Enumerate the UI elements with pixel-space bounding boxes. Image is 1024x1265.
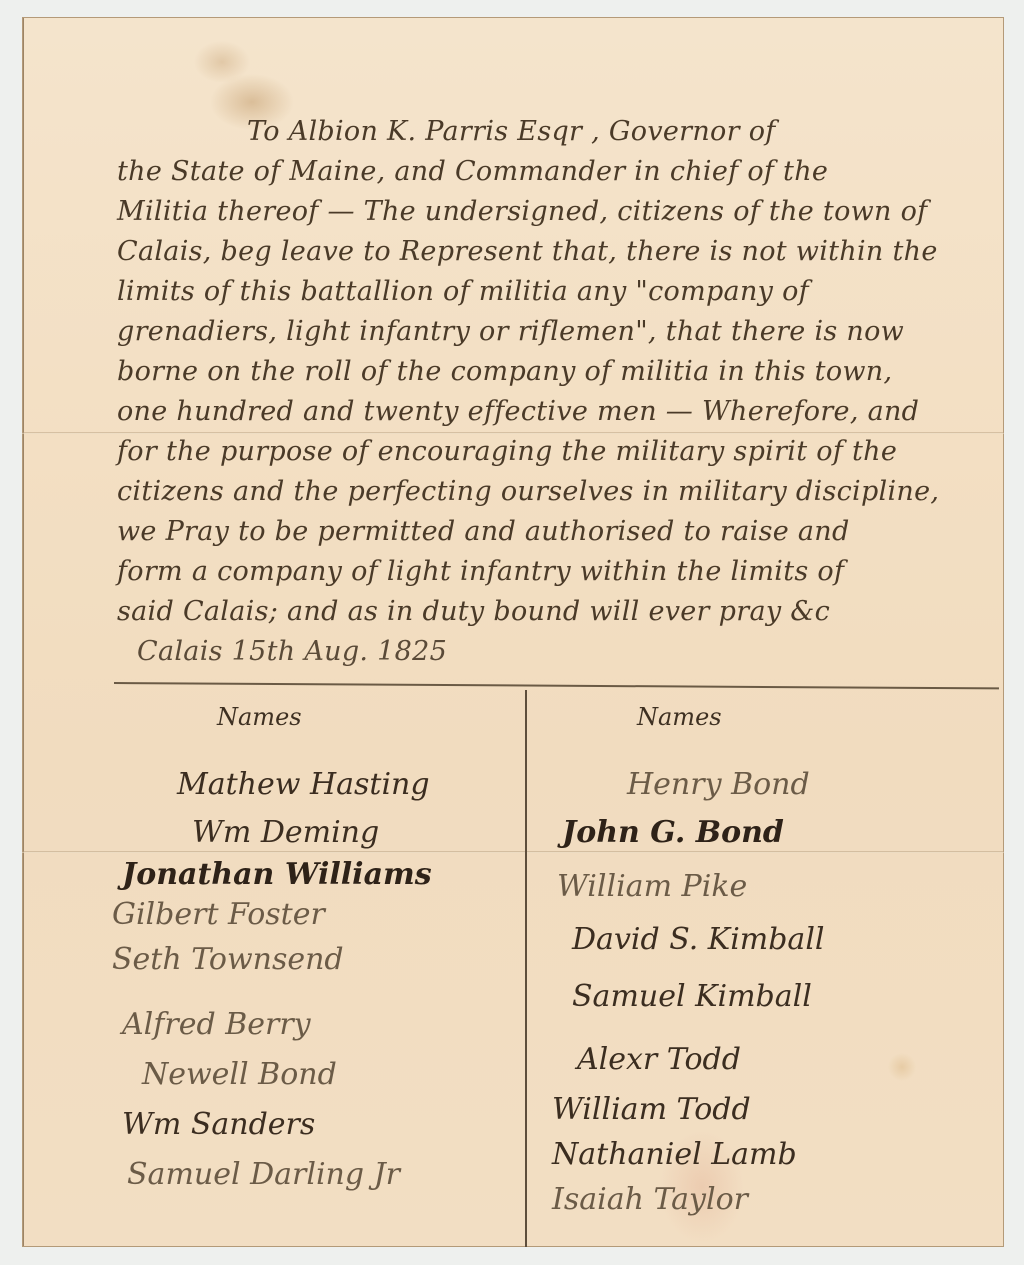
fold-crease (22, 851, 1004, 853)
petition-document: To Albion K. Parris Esqr , Governor of t… (22, 17, 1004, 1247)
signature: Samuel Darling Jr (127, 1157, 400, 1192)
petition-body: To Albion K. Parris Esqr , Governor of t… (117, 112, 977, 672)
body-line: grenadiers, light infantry or riflemen",… (117, 312, 977, 352)
body-line: Calais, beg leave to Represent that, the… (117, 232, 977, 272)
body-line: said Calais; and as in duty bound will e… (117, 592, 977, 632)
signature: Isaiah Taylor (552, 1182, 748, 1217)
body-line: Militia thereof — The undersigned, citiz… (117, 192, 977, 232)
signature-divider-vertical (525, 690, 527, 1247)
signature: David S. Kimball (572, 922, 825, 957)
signature: Jonathan Williams (122, 857, 432, 892)
signature: Samuel Kimball (572, 979, 812, 1014)
signature: William Pike (557, 869, 747, 904)
signature: Alexr Todd (577, 1042, 741, 1077)
signatures-left-column: Names Mathew Hasting Wm Deming Jonathan … (82, 697, 522, 737)
body-line: we Pray to be permitted and authorised t… (117, 512, 977, 552)
signature: Nathaniel Lamb (552, 1137, 797, 1172)
signature-divider-horizontal (114, 682, 999, 689)
body-line: form a company of light infantry within … (117, 552, 977, 592)
body-line: the State of Maine, and Commander in chi… (117, 152, 977, 192)
signature: Henry Bond (627, 767, 810, 802)
signature: Wm Deming (192, 815, 379, 850)
signature: John G. Bond (562, 815, 784, 850)
signature: Mathew Hasting (177, 767, 430, 802)
body-line: one hundred and twenty effective men — W… (117, 392, 977, 432)
signature: Seth Townsend (112, 942, 344, 977)
signature: Gilbert Foster (112, 897, 325, 932)
column-header: Names (82, 697, 522, 737)
signatures-right-column: Names Henry Bond John G. Bond William Pi… (537, 697, 997, 737)
signature: Alfred Berry (122, 1007, 311, 1042)
signature: William Todd (552, 1092, 751, 1127)
date-line: Calais 15th Aug. 1825 (117, 632, 977, 672)
body-line: limits of this battallion of militia any… (117, 272, 977, 312)
body-line: for the purpose of encouraging the milit… (117, 432, 977, 472)
signature: Newell Bond (142, 1057, 337, 1092)
body-line: borne on the roll of the company of mili… (117, 352, 977, 392)
body-line: citizens and the perfecting ourselves in… (117, 472, 977, 512)
body-line: To Albion K. Parris Esqr , Governor of (117, 112, 977, 152)
column-header: Names (537, 697, 997, 737)
signature: Wm Sanders (122, 1107, 315, 1142)
